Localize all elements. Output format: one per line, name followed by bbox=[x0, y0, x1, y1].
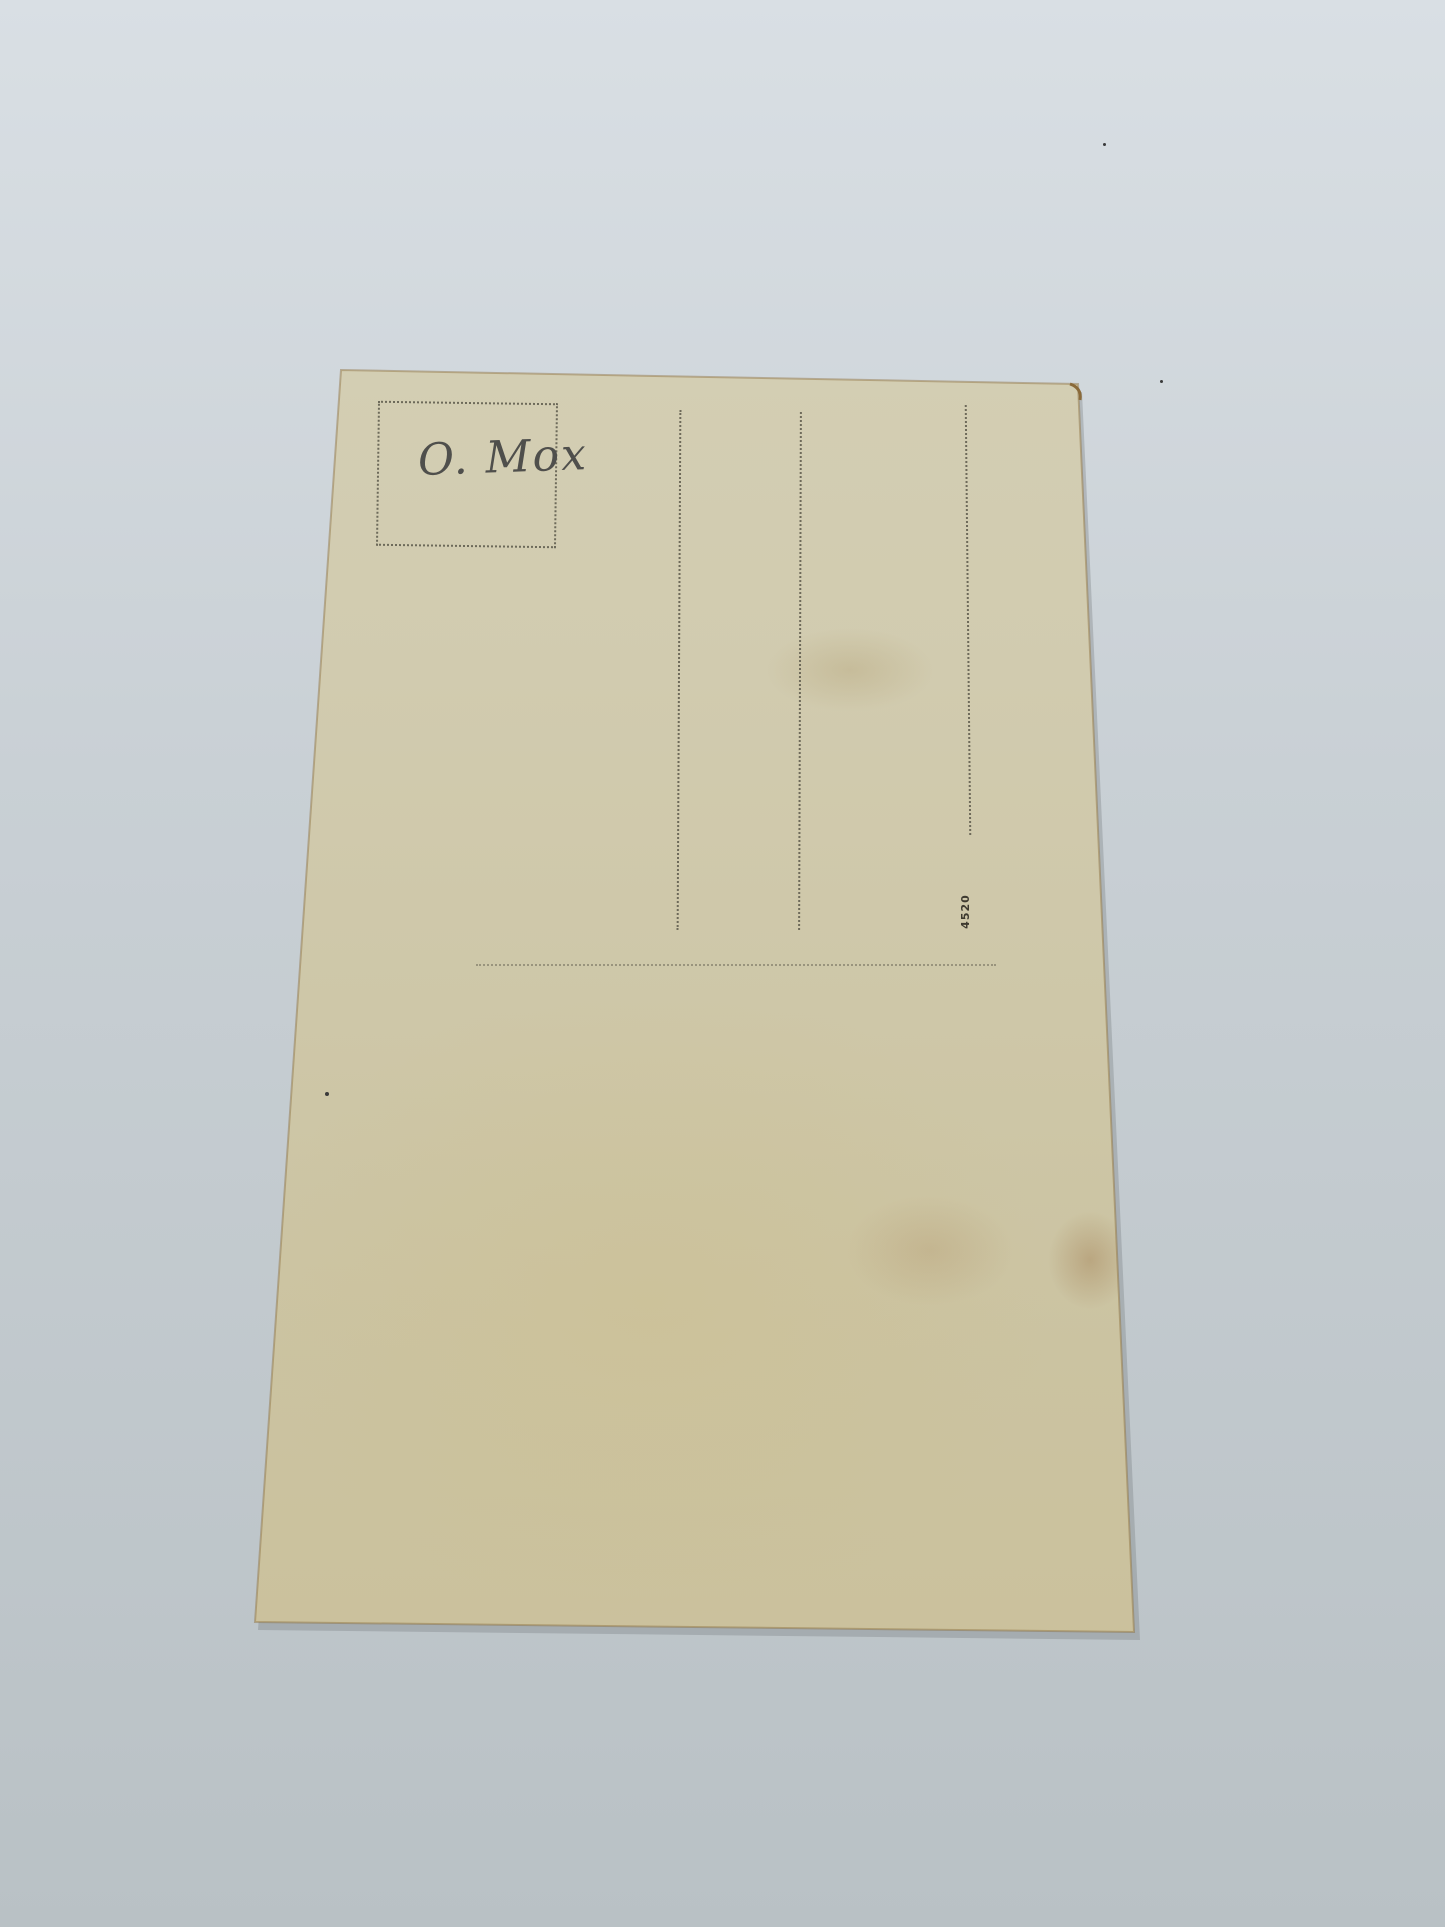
speck bbox=[1160, 380, 1163, 383]
speck bbox=[325, 1092, 329, 1096]
photo-scene: O. Mox 4520 bbox=[0, 0, 1445, 1927]
address-line bbox=[476, 964, 996, 966]
handwritten-note: O. Mox bbox=[417, 429, 589, 486]
printed-number: 4520 bbox=[959, 894, 972, 929]
speck bbox=[1103, 143, 1106, 146]
